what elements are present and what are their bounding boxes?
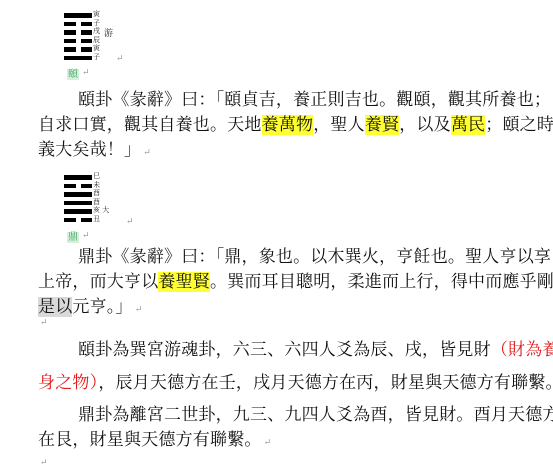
highlighted-text: 萬民 [451, 115, 485, 135]
text-run: 頤卦《彖辭》曰：「頤貞吉，養正則吉也。觀頤，觀其所養也； [78, 90, 551, 110]
hexagram-caption-yi: 頤 [67, 69, 79, 80]
text-line: 上帝，而大亨以養聖賢。巽而耳目聰明，柔進而上行，得中而應乎剛， [38, 270, 538, 295]
highlighted-text: 養聖賢 [158, 272, 210, 292]
text-run: ，聖人 [313, 115, 365, 135]
paragraph-mark: ↵ [82, 68, 90, 78]
hexagram-caption-ding: 鼎 [67, 232, 79, 243]
paragraph-ding-tuan: 鼎卦《彖辭》曰：「鼎，象也。以木巽火，亨飪也。聖人亨以享 上帝，而大亨以養聖賢。… [38, 245, 538, 320]
paragraph-ding-palace: 鼎卦為離宮二世卦，九三、九四人爻為酉，皆見財。酉月天德方 在艮，財星與天德方有聯… [38, 403, 538, 453]
hexagram-yi: 寅 子 戌 辰 寅 子 [64, 12, 124, 64]
text-line: 在艮，財星與天德方有聯繫。↵ [38, 428, 538, 453]
text-line: 自求口實，觀其自養也。天地養萬物，聖人養賢，以及萬民；頤之時 [38, 113, 538, 138]
paragraph-mark: ↵ [264, 438, 272, 448]
yao-line: 丑 [64, 217, 124, 226]
text-run: 。巽而耳目聰明，柔進而上行，得中而應乎剛， [210, 272, 553, 292]
paragraph-yi-palace: 頤卦為巽宮游魂卦，六三、六四人爻為辰、戌，皆見財（財為養 身之物），辰月天德方在… [38, 334, 538, 400]
text-run: 上帝，而大亨以 [38, 272, 158, 292]
text-run: 自求口實，觀其自養也。天地 [38, 115, 262, 135]
red-annotation: （財為養 [491, 340, 553, 360]
yao-line: 子 [64, 55, 124, 64]
paragraph-mark: ↵ [40, 458, 48, 468]
text-run: 頤卦為巽宮游魂卦，六三、六四人爻為辰、戌，皆見財 [78, 340, 491, 360]
red-annotation: 身之物） [38, 373, 98, 393]
paragraph-mark: ↵ [40, 318, 48, 328]
paragraph-mark: ↵ [143, 148, 151, 158]
paragraph-mark: ↵ [82, 231, 90, 241]
wandering-soul-note: 游 [104, 26, 113, 39]
text-line: 是以元亨。」↵ [38, 295, 538, 320]
selected-text: 是以 [38, 297, 72, 317]
paragraph-yi-tuan: 頤卦《彖辭》曰：「頤貞吉，養正則吉也。觀頤，觀其所養也； 自求口實，觀其自養也。… [38, 88, 538, 163]
text-run: ，以及 [399, 115, 451, 135]
yao-label: 子 [93, 53, 100, 62]
text-run: 鼎卦《彖辭》曰：「鼎，象也。以木巽火，亨飪也。聖人亨以享 [78, 247, 551, 267]
text-line: 頤卦《彖辭》曰：「頤貞吉，養正則吉也。觀頤，觀其所養也； [38, 88, 538, 113]
highlighted-text: 養萬物 [262, 115, 314, 135]
text-line: 義大矣哉！」↵ [38, 138, 538, 163]
text-line: 鼎卦《彖辭》曰：「鼎，象也。以木巽火，亨飪也。聖人亨以享 [38, 245, 538, 270]
text-run: ，辰月天德方在壬，戌月天德方在丙，財星與天德方有聯繫。 [98, 373, 553, 393]
yao-label: 丑 [93, 215, 100, 224]
paragraph-mark: ↵ [126, 217, 134, 227]
text-line: 頤卦為巽宮游魂卦，六三、六四人爻為辰、戌，皆見財（財為養 [38, 334, 538, 367]
text-line: 鼎卦為離宮二世卦，九三、九四人爻為酉，皆見財。酉月天德方 [38, 403, 538, 428]
text-line: 身之物），辰月天德方在壬，戌月天德方在丙，財星與天德方有聯繫。↵ [38, 367, 538, 400]
text-run: 義大矣哉！」 [38, 140, 141, 160]
text-run: ；頤之時 [485, 115, 553, 135]
highlighted-text: 養賢 [365, 115, 399, 135]
paragraph-mark: ↵ [135, 305, 143, 315]
paragraph-mark: ↵ [116, 54, 124, 64]
hexagram-ding: 巳 未 酉 酉 亥 大 丑 [64, 174, 124, 226]
text-run: 在艮，財星與天德方有聯繫。 [38, 430, 262, 450]
text-run: 鼎卦為離宮二世卦，九三、九四人爻為酉，皆見財。酉月天德方 [78, 405, 553, 425]
text-run: 元亨。」 [72, 297, 132, 317]
